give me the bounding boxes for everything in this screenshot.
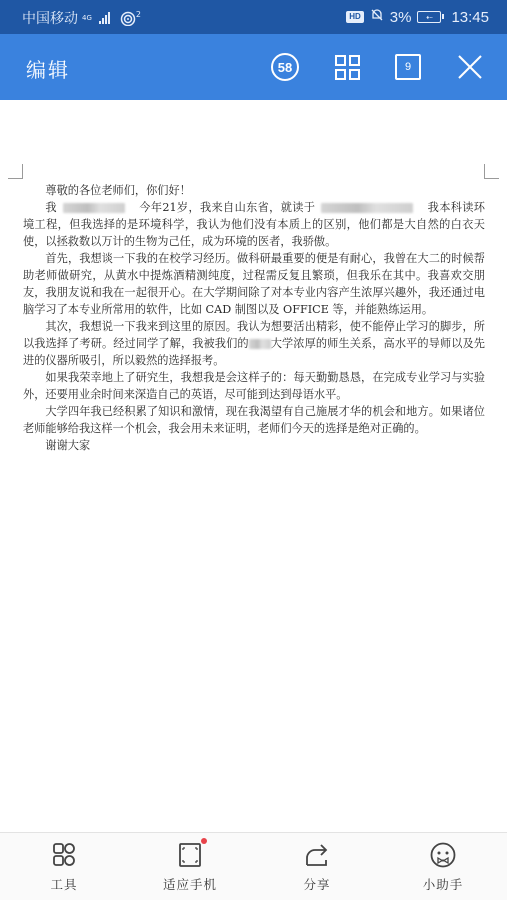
tools-icon bbox=[50, 841, 78, 869]
wifi-icon: 2 bbox=[120, 10, 141, 26]
tools-label: 工具 bbox=[50, 875, 77, 893]
close-button[interactable] bbox=[453, 50, 487, 84]
assistant-button[interactable]: 小助手 bbox=[393, 841, 493, 893]
page-count-icon: 9 bbox=[395, 54, 421, 80]
greeting: 尊敬的各位老师们，你们好！ bbox=[23, 182, 485, 199]
fit-screen-icon bbox=[176, 841, 204, 869]
battery-charging-icon: ⇠ bbox=[417, 11, 441, 23]
paragraph-study: 首先，我想谈一下我的在校学习经历。做科研最重要的便是有耐心，我曾在大二的时候帮助… bbox=[23, 250, 485, 318]
top-toolbar: 编辑 58 9 bbox=[0, 34, 507, 100]
carrier-name: 中国移动 bbox=[22, 8, 78, 28]
page-count-button[interactable]: 9 bbox=[391, 50, 425, 84]
clock: 13:45 bbox=[451, 9, 489, 26]
count-badge-button[interactable]: 58 bbox=[268, 50, 302, 84]
assistant-label: 小助手 bbox=[423, 875, 464, 893]
paragraph-plan: 如果我荣幸地上了研究生，我想我是会这样子的：每天勤勤恳恳，在完成专业学习与实验外… bbox=[23, 369, 485, 403]
redacted-school bbox=[321, 203, 413, 213]
fit-screen-button[interactable]: 适应手机 bbox=[140, 841, 240, 893]
status-bar: 中国移动 4G 2 HD 3% ⇠ 13:45 bbox=[0, 0, 507, 34]
document-page[interactable]: 尊敬的各位老师们，你们好！ 我今年21岁，我来自山东省，就读于我本科读环境工程，… bbox=[0, 100, 507, 832]
paragraph-intro: 我今年21岁，我来自山东省，就读于我本科读环境工程，但我选择的是环境科学，我认为… bbox=[23, 199, 485, 250]
network-type: 4G bbox=[82, 15, 92, 22]
tools-button[interactable]: 工具 bbox=[14, 841, 114, 893]
margin-corner-marker bbox=[8, 164, 23, 179]
count-badge-icon: 58 bbox=[271, 53, 299, 81]
bottom-bar: 工具 适应手机 分享 小助手 bbox=[0, 832, 507, 900]
redacted-name bbox=[63, 203, 125, 213]
notification-dot bbox=[201, 838, 207, 844]
paragraph-closing: 大学四年我已经积累了知识和激情，现在我渴望有自己施展才华的机会和地方。如果诸位老… bbox=[23, 403, 485, 437]
share-label: 分享 bbox=[303, 875, 330, 893]
share-button[interactable]: 分享 bbox=[267, 841, 367, 893]
assistant-icon bbox=[429, 841, 457, 869]
paragraph-reason: 其次，我想说一下我来到这里的原因。我认为想要活出精彩，使不能停止学习的脚步，所以… bbox=[23, 318, 485, 369]
grid-view-icon bbox=[335, 55, 360, 80]
fit-screen-label: 适应手机 bbox=[163, 875, 217, 893]
document-body: 尊敬的各位老师们，你们好！ 我今年21岁，我来自山东省，就读于我本科读环境工程，… bbox=[23, 182, 485, 454]
battery-percent: 3% bbox=[390, 9, 412, 26]
grid-view-button[interactable] bbox=[330, 50, 364, 84]
hd-icon: HD bbox=[346, 11, 364, 23]
signal-icon bbox=[99, 12, 110, 24]
redacted-university bbox=[249, 339, 271, 349]
close-icon bbox=[457, 54, 483, 80]
mute-bell-icon bbox=[370, 8, 384, 26]
share-icon bbox=[303, 841, 331, 869]
thanks: 谢谢大家 bbox=[23, 437, 485, 454]
margin-corner-marker bbox=[484, 164, 499, 179]
status-left: 中国移动 4G 2 bbox=[22, 8, 141, 28]
status-right: HD 3% ⇠ 13:45 bbox=[346, 8, 489, 26]
edit-button[interactable]: 编辑 bbox=[26, 54, 70, 83]
wifi-badge: 2 bbox=[136, 10, 141, 19]
